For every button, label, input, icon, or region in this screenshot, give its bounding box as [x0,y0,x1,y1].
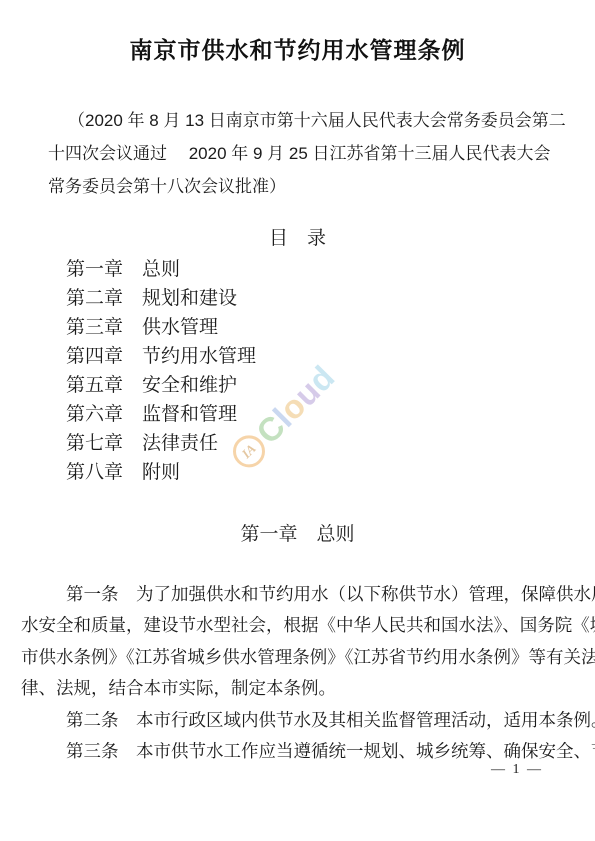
toc-item-chapter-5: 第五章 安全和维护 [66,371,546,400]
toc-item-chapter-2: 第二章 规划和建设 [66,284,546,313]
article-1-line: 律、法规，结合本市实际，制定本条例。 [21,673,581,704]
chapter-1-body: 第一条 为了加强供水和节约用水（以下称供节水）管理，保障供水用 水安全和质量，建… [21,579,581,767]
chapter-1-heading: 第一章 总则 [0,523,595,547]
approval-note: （2020 年 8 月 13 日南京市第十六届人民代表大会常务委员会第二 十四次… [48,104,550,203]
approval-note-line: 常务委员会第十八次会议批准） [48,170,550,203]
toc-item-chapter-8: 第八章 附则 [66,458,546,487]
article-1-line: 市供水条例》《江苏省城乡供水管理条例》《江苏省节约用水条例》等有关法 [21,642,581,673]
toc-item-chapter-7: 第七章 法律责任 [66,429,546,458]
toc-item-chapter-1: 第一章 总则 [66,255,546,284]
approval-note-line: （2020 年 8 月 13 日南京市第十六届人民代表大会常务委员会第二 [48,104,550,137]
approval-note-line: 十四次会议通过 2020 年 9 月 25 日江苏省第十三届人民代表大会 [48,137,550,170]
toc-item-chapter-4: 第四章 节约用水管理 [66,342,546,371]
toc-item-chapter-3: 第三章 供水管理 [66,313,546,342]
article-1-line: 水安全和质量，建设节水型社会，根据《中华人民共和国水法》、国务院《城 [21,610,581,641]
article-1-line: 第一条 为了加强供水和节约用水（以下称供节水）管理，保障供水用 [21,579,581,610]
toc-list: 第一章 总则 第二章 规划和建设 第三章 供水管理 第四章 节约用水管理 第五章… [66,255,546,487]
toc-header: 目 录 [0,227,595,251]
toc-item-chapter-6: 第六章 监督和管理 [66,400,546,429]
page-number: — 1 — [491,761,543,779]
document-page: 南京市供水和节约用水管理条例 （2020 年 8 月 13 日南京市第十六届人民… [0,0,595,841]
page-title: 南京市供水和节约用水管理条例 [0,36,595,66]
article-2-line: 第二条 本市行政区域内供节水及其相关监督管理活动，适用本条例。 [21,705,581,736]
